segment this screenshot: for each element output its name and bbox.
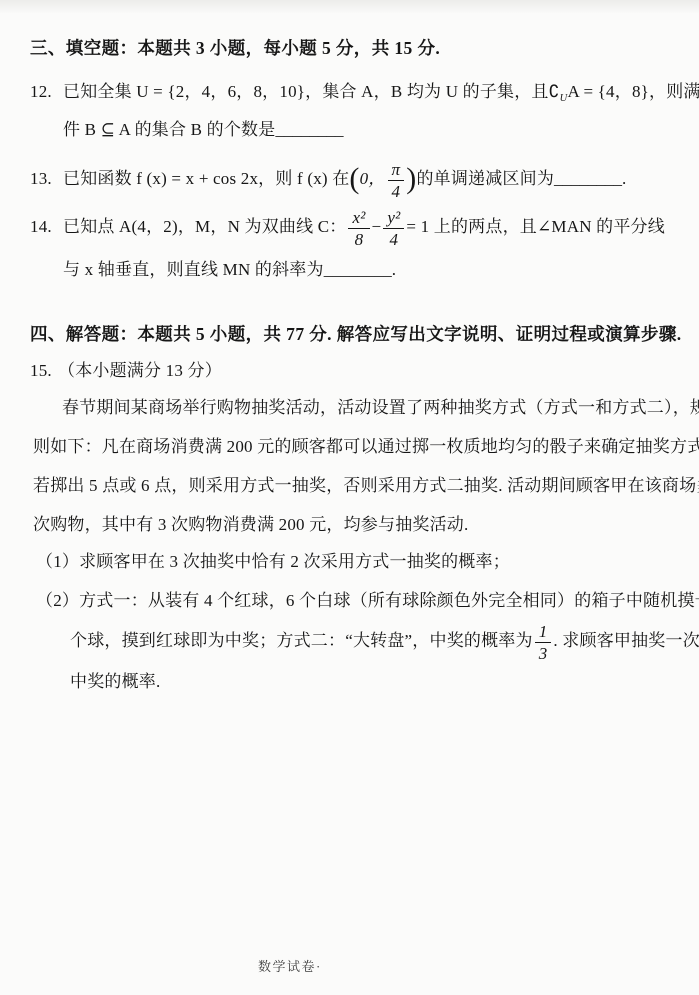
fraction-denominator: 3 (535, 643, 552, 662)
q14-text-post: 上的两点，且∠MAN 的平分线 (434, 217, 665, 236)
q15-part-1: （1）求顾客甲在 3 次抽奖中恰有 2 次采用方式一抽奖的概率； (36, 550, 510, 574)
minus-sign: − (372, 217, 382, 236)
fraction-y2-over-4: y²4 (383, 208, 404, 248)
question-14-number: 14. (30, 215, 63, 239)
answer-blank-q13: ________ (554, 169, 622, 188)
q14-period: . (392, 260, 396, 279)
question-12-line-1: 12.已知全集 U = {2，4，6，8，10}，集合 A，B 均为 U 的子集… (30, 80, 699, 111)
question-12-number: 12. (30, 80, 63, 104)
fraction-denominator: 8 (348, 229, 369, 248)
q15-paragraph-line-3: 若掷出 5 点或 6 点，则采用方式一抽奖，否则采用方式二抽奖. 活动期间顾客甲… (33, 474, 699, 498)
answer-blank-q12: ________ (275, 120, 343, 139)
q13-text-pre: 已知函数 f (x) = x + cos 2x，则 f (x) 在 (63, 169, 349, 188)
question-13-line: 13.已知函数 f (x) = x + cos 2x，则 f (x) 在(0，π… (30, 160, 627, 200)
equals-one: = 1 (406, 217, 433, 236)
question-15-number: 15. (30, 359, 58, 383)
q15-score-note: （本小题满分 13 分） (58, 361, 222, 380)
q13-text-post: 的单调递减区间为 (416, 169, 554, 188)
fraction-numerator: y² (383, 208, 404, 229)
q15-paragraph-line-1: 春节期间某商场举行购物抽奖活动，活动设置了两种抽奖方式（方式一和方式二），规 (62, 396, 699, 420)
fraction-denominator: 4 (388, 181, 405, 200)
exam-page: 三、填空题：本题共 3 小题，每小题 5 分，共 15 分. 12.已知全集 U… (0, 0, 699, 995)
question-14-line-2: 与 x 轴垂直，则直线 MN 的斜率为________. (63, 258, 396, 282)
page-footer: 数学试卷· (258, 956, 322, 975)
fraction-pi-over-4: π4 (388, 160, 405, 200)
question-12-line-2: 件 B ⊆ A 的集合 B 的个数是________ (63, 118, 343, 142)
fraction-numerator: x² (348, 208, 369, 229)
q15-part-2-line-3: 中奖的概率. (70, 670, 160, 694)
fraction-x2-over-8: x²8 (348, 208, 369, 248)
question-14-line-1: 14.已知点 A(4，2)，M，N 为双曲线 C：x²8−y²4= 1 上的两点… (30, 208, 665, 248)
answer-section-heading: 四、解答题：本题共 5 小题，共 77 分. 解答应写出文字说明、证明过程或演算… (30, 322, 682, 346)
fraction-denominator: 4 (383, 229, 404, 248)
q13-period: . (622, 169, 626, 188)
q15-part-2-line-1: （2）方式一：从装有 4 个红球，6 个白球（所有球除颜色外完全相同）的箱子中随… (36, 589, 699, 613)
q15-part2-text-a: 个球，摸到红球即为中奖；方式二：“大转盘”，中奖的概率为 (70, 631, 533, 650)
q12-text-b: A = {4，8}，则满足条 (567, 82, 699, 101)
q15-paragraph-line-4: 次购物，其中有 3 次购物消费满 200 元，均参与抽奖活动. (33, 513, 468, 537)
answer-blank-q14: ________ (324, 260, 392, 279)
question-13-number: 13. (30, 167, 63, 191)
q14-text-b: 与 x 轴垂直，则直线 MN 的斜率为 (63, 260, 324, 279)
q12-text-c: 件 B ⊆ A 的集合 B 的个数是 (63, 120, 275, 139)
q12-text-a: 已知全集 U = {2，4，6，8，10}，集合 A，B 均为 U 的子集，且∁ (63, 82, 560, 101)
q13-interval-start: 0， (360, 169, 386, 188)
question-15-header: 15.（本小题满分 13 分） (30, 359, 222, 383)
fraction-1-over-3: 13 (535, 622, 552, 662)
q15-paragraph-line-2: 则如下：凡在商场消费满 200 元的顾客都可以通过掷一枚质地均匀的骰子来确定抽奖… (33, 435, 699, 459)
q15-part2-text-b: . 求顾客甲抽奖一次 (553, 631, 699, 650)
fraction-numerator: 1 (535, 622, 552, 643)
q14-text-pre: 已知点 A(4，2)，M，N 为双曲线 C： (63, 217, 346, 236)
fraction-numerator: π (388, 160, 405, 181)
q15-part-2-line-2: 个球，摸到红球即为中奖；方式二：“大转盘”，中奖的概率为13. 求顾客甲抽奖一次 (70, 622, 699, 662)
fill-section-heading: 三、填空题：本题共 3 小题，每小题 5 分，共 15 分. (30, 36, 440, 60)
